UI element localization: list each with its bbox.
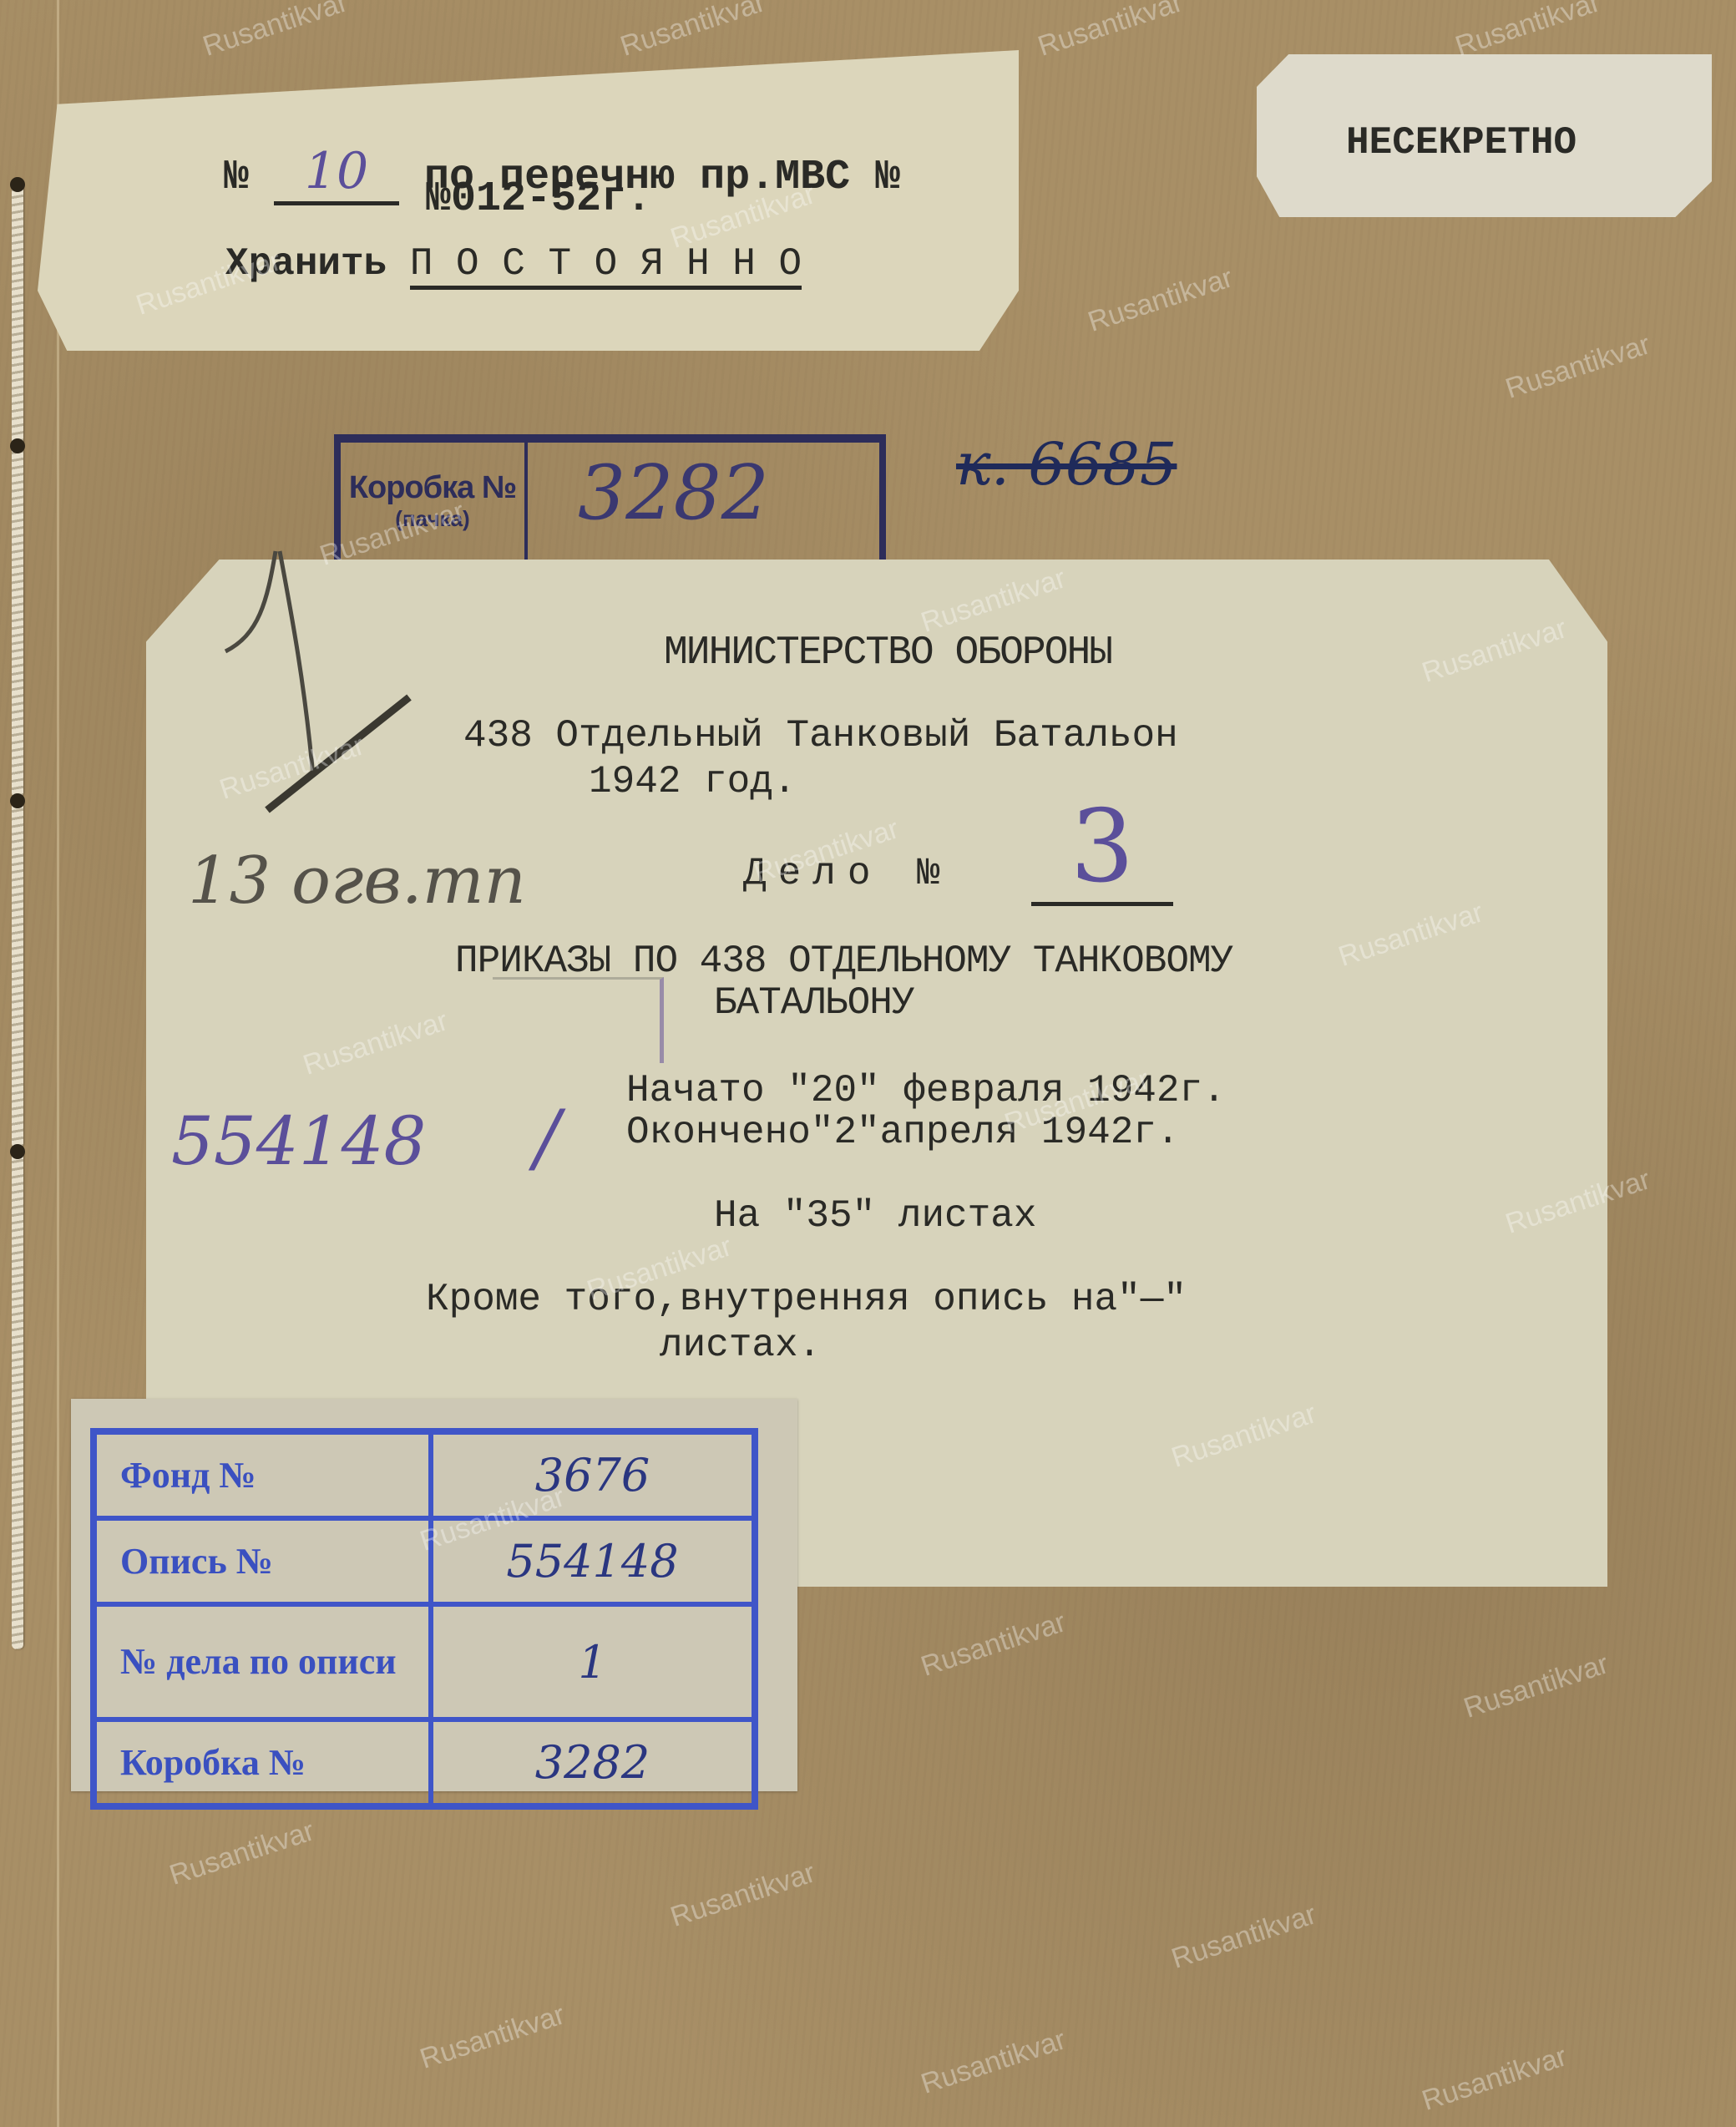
inventory-note-line1: Кроме того,внутренняя опись на"—" xyxy=(426,1278,1187,1321)
archive-stamp-table: Фонд № 3676 Опись № 554148 № дела по опи… xyxy=(90,1428,758,1810)
classification-text: НЕСЕКРЕТНО xyxy=(1346,121,1577,165)
case-label: Дело № xyxy=(743,852,952,895)
archive-row-fond: Фонд № 3676 xyxy=(94,1431,755,1518)
faint-stamp-remnant xyxy=(493,977,664,1063)
archive-row-case: № дела по описи 1 xyxy=(94,1604,755,1719)
opis-value: 554148 xyxy=(431,1518,755,1604)
binding-string xyxy=(12,1148,23,1649)
pencil-check-mark-icon xyxy=(142,534,443,818)
case-number-label: № дела по описи xyxy=(94,1604,431,1719)
box-stamp-label-line2: (пачка) xyxy=(395,506,469,532)
box-stamp-value: 3282 xyxy=(578,449,769,537)
number-sign: № xyxy=(224,154,249,201)
pencil-unit-note: 13 огв.тп xyxy=(188,843,526,919)
box-value: 3282 xyxy=(431,1719,755,1806)
fond-value: 3676 xyxy=(431,1431,755,1518)
archive-row-opis: Опись № 554148 xyxy=(94,1518,755,1604)
archive-row-box: Коробка № 3282 xyxy=(94,1719,755,1806)
crossed-out-old-number: к. 6685 xyxy=(956,430,1177,499)
box-label: Коробка № xyxy=(94,1719,431,1806)
binding-hole xyxy=(10,438,25,453)
end-date: Окончено"2"апреля 1942г. xyxy=(626,1111,1180,1154)
binding-hole xyxy=(10,793,25,808)
case-number-field: 3 xyxy=(1031,802,1173,906)
unit-name: 438 Отдельный Танковый Батальон xyxy=(463,714,1178,757)
retention-period-value: П О С Т О Я Н Н О xyxy=(410,242,802,290)
sheet-count: На "35" листах xyxy=(714,1194,1036,1238)
retention-line3: Хранить П О С Т О Я Н Н О xyxy=(225,242,802,290)
year-text: 1942 год. xyxy=(589,760,796,803)
inventory-note-line2: листах. xyxy=(660,1324,821,1367)
case-number-value: 3 xyxy=(1070,789,1134,905)
binding-hole xyxy=(10,1144,25,1159)
case-number-archive-value: 1 xyxy=(431,1604,755,1719)
handwritten-slash-mark: / xyxy=(534,1094,559,1182)
box-stamp-value-cell: 3282 xyxy=(528,443,879,560)
ministry-heading: МИНИСТЕРСТВО ОБОРОНЫ xyxy=(664,631,1111,676)
box-stamp-label-line1: Коробка № xyxy=(349,470,516,506)
binding-string xyxy=(12,184,23,451)
retention-label-text: Хранить xyxy=(225,242,387,286)
list-number-value: 10 xyxy=(305,142,368,200)
binding-hole xyxy=(10,177,25,192)
file-title-line2: БАТАЛЬОНУ xyxy=(714,981,914,1025)
start-date: Начато "20" февраля 1942г. xyxy=(626,1069,1226,1112)
opis-label: Опись № xyxy=(94,1518,431,1604)
list-number-field: 10 xyxy=(274,142,399,205)
binding-string xyxy=(12,798,23,1148)
order-reference: №012-52г. xyxy=(426,175,651,223)
fond-label: Фонд № xyxy=(94,1431,431,1518)
handwritten-inventory-number: 554148 xyxy=(171,1102,426,1180)
binding-string xyxy=(12,447,23,798)
